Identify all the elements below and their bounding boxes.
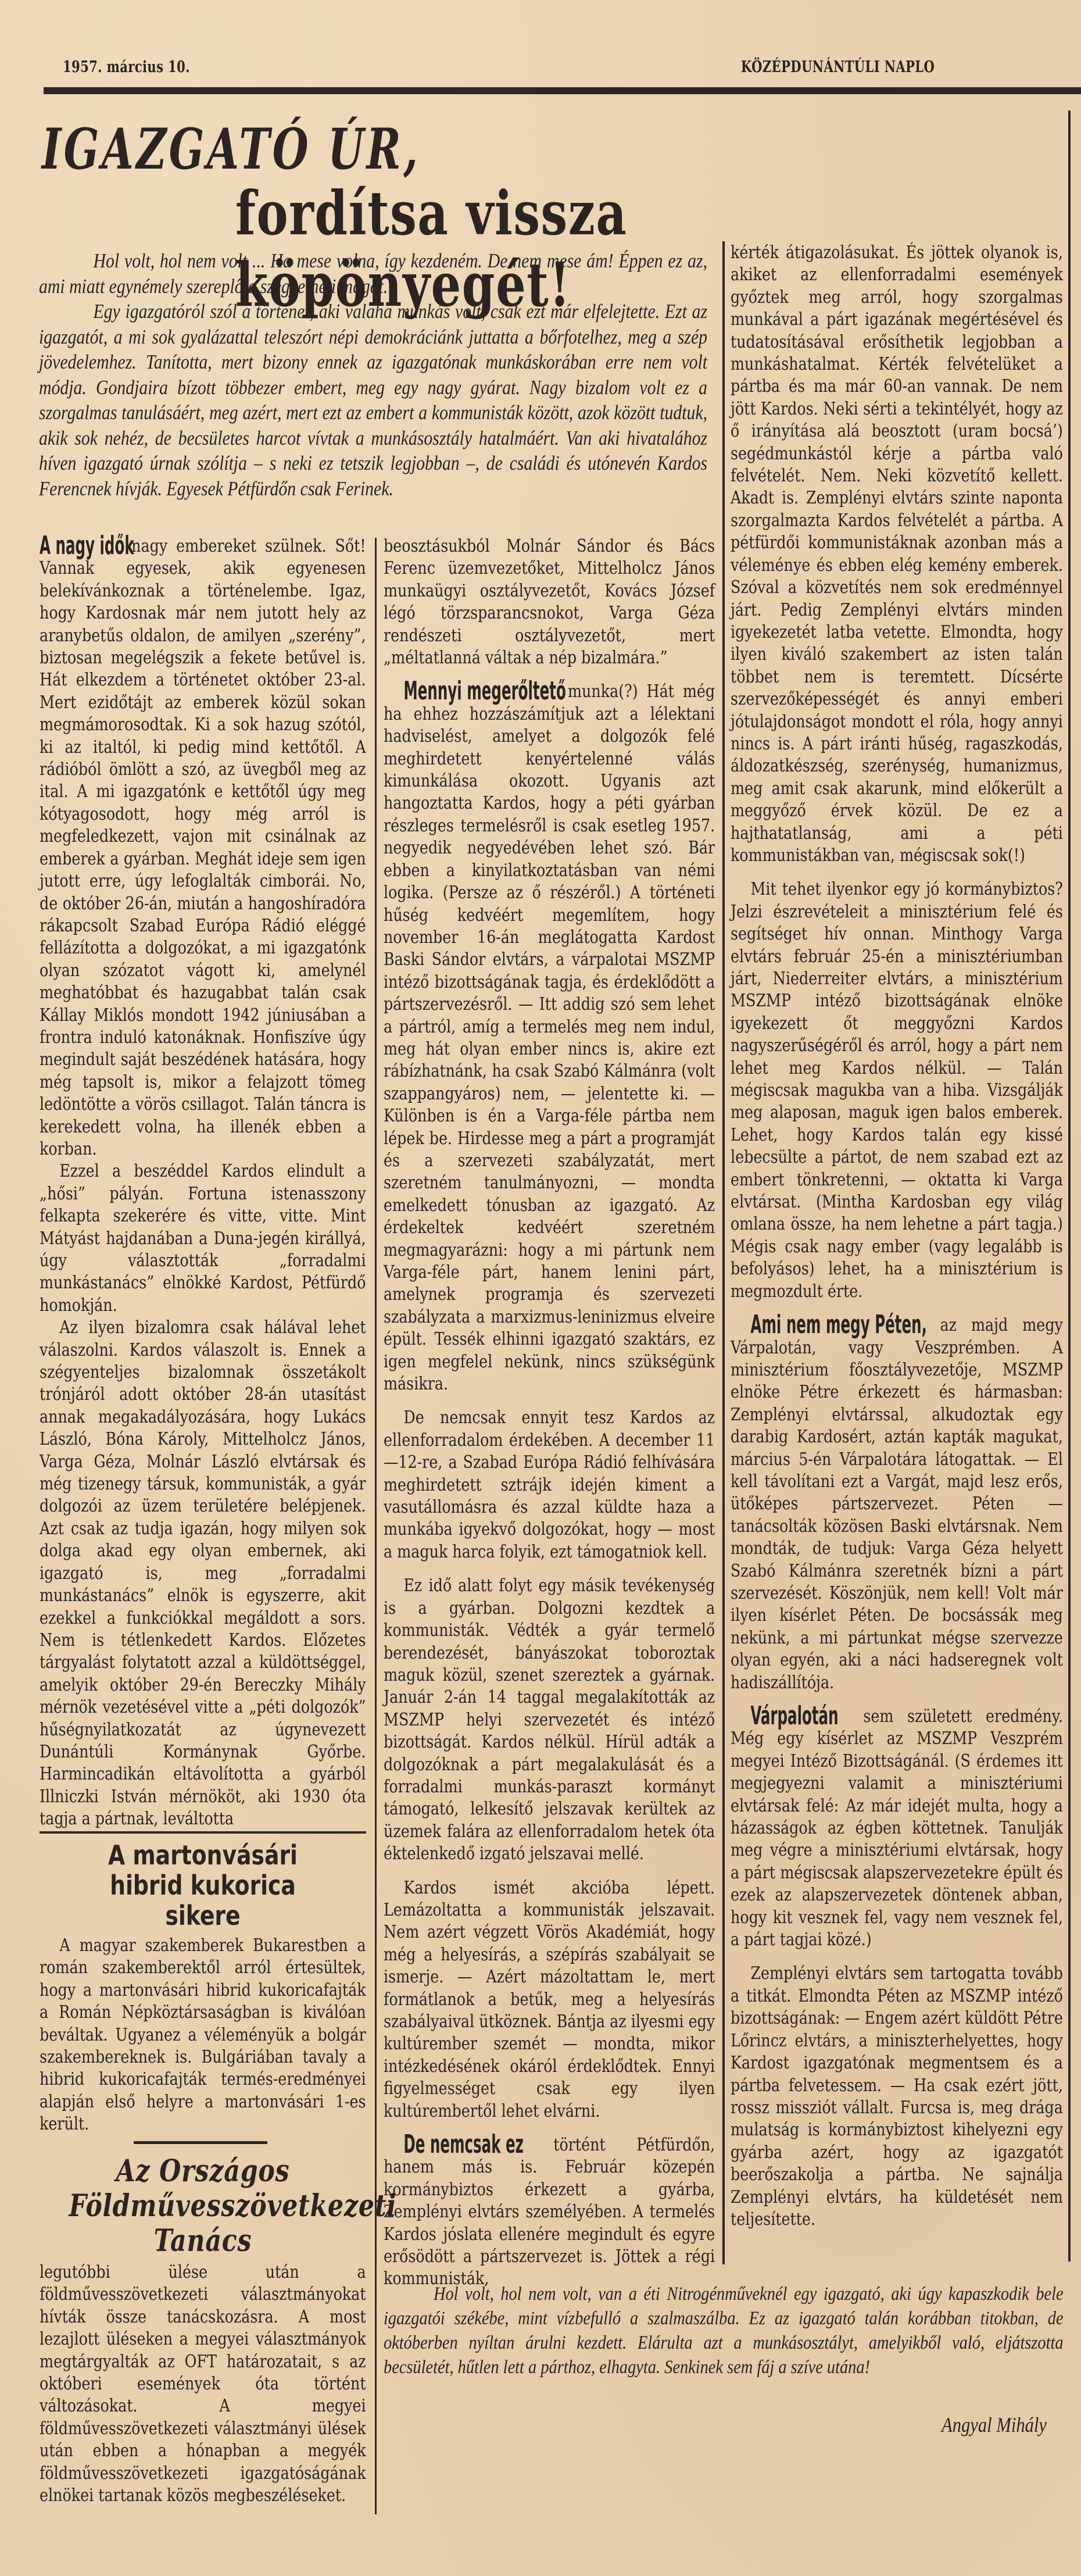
paragraph: De nemcsak ez történt Pétfürdőn, hanem m… — [384, 2134, 715, 2290]
paragraph: Zemplényi elvtárs sem tartogatta tovább … — [731, 1962, 1063, 2230]
closing-paragraph: Hol volt, hol nem volt, van a éti Nitrog… — [384, 2282, 1064, 2380]
article-martonvasar: A martonvásári hibrid kukorica sikere A … — [40, 1840, 366, 2135]
article-lead: Hol volt, hol nem volt ... Ha mese volna… — [39, 248, 707, 501]
short-divider — [134, 2141, 267, 2144]
paragraph: Az ilyen bizalomra csak hálával lehet vá… — [40, 1316, 366, 1830]
paragraph: Mennyi megerőltető munka(?) Hát még ha e… — [384, 680, 715, 1395]
article-body: A magyar szakemberek Bukarestben a román… — [40, 1934, 366, 2135]
right-column-right-rule — [1068, 110, 1071, 2261]
right-column: kérték átigazolásukat. És jöttek olyanok… — [731, 241, 1063, 2230]
article-title-martonvasar: A martonvásári hibrid kukorica sikere — [69, 1840, 337, 1931]
section-lead-in: Mennyi megerőltető — [403, 680, 565, 702]
paragraph: Ami nem megy Péten, az majd megy Várpalo… — [731, 1314, 1063, 1693]
paragraph: Kardos ismét akcióba lépett. Lemázoltatt… — [384, 1877, 715, 2122]
section-lead-in: Várpalotán — [750, 1705, 838, 1727]
column-rule — [375, 538, 377, 1857]
paragraph: A nagy idők nagy embereket szülnek. Sőt!… — [40, 535, 366, 1160]
left-column: A nagy idők nagy embereket szülnek. Sőt!… — [40, 535, 366, 1830]
article-title-oft: Az Országos Földművesszövetkezeti Tanács — [69, 2154, 337, 2259]
article-oft: Az Országos Földművesszövetkezeti Tanács… — [40, 2154, 366, 2506]
article-closing: Hol volt, hol nem volt, van a éti Nitrog… — [384, 2282, 1064, 2380]
paragraph: Ez idő alatt folyt egy másik tevékenység… — [384, 1574, 715, 1864]
paragraph: Mit tehet ilyenkor egy jó kormánybiztos?… — [731, 878, 1063, 1302]
right-column-left-rule — [722, 241, 725, 2264]
column-rule — [375, 1857, 377, 2514]
paragraph: De nemcsak ennyit tesz Kardos az ellenfo… — [384, 1406, 715, 1563]
paragraph: Várpalotán sem született eredmény. Még e… — [731, 1705, 1063, 1950]
newspaper-name: KÖZÉPDUNÁNTÚLI NAPLO — [741, 58, 935, 76]
middle-column: beosztásukból Molnár Sándor és Bács Fere… — [384, 535, 715, 2290]
author-signature: Angyal Mihály — [942, 2413, 1047, 2437]
issue-date: 1957. március 10. — [63, 58, 190, 76]
section-lead-in: A nagy idők — [40, 535, 134, 557]
masthead-rule — [44, 87, 1081, 94]
section-lead-in: De nemcsak ez — [403, 2134, 524, 2156]
headline-line-1: IGAZGATÓ ÚR, — [42, 116, 420, 182]
article-body: legutóbbi ülése után a földművesszövetke… — [40, 2261, 366, 2506]
lead-paragraph-1: Hol volt, hol nem volt ... Ha mese volna… — [39, 248, 707, 299]
paragraph: kérték átigazolásukat. És jöttek olyanok… — [731, 241, 1063, 866]
section-lead-in: Ami nem megy Péten, — [750, 1314, 927, 1336]
paragraph: beosztásukból Molnár Sándor és Bács Fere… — [384, 535, 715, 669]
section-divider — [40, 1831, 366, 1834]
paragraph: Ezzel a beszéddel Kardos elindult a „hős… — [40, 1160, 366, 1316]
lead-paragraph-2: Egy igazgatóról szól a történet, aki val… — [39, 299, 707, 501]
